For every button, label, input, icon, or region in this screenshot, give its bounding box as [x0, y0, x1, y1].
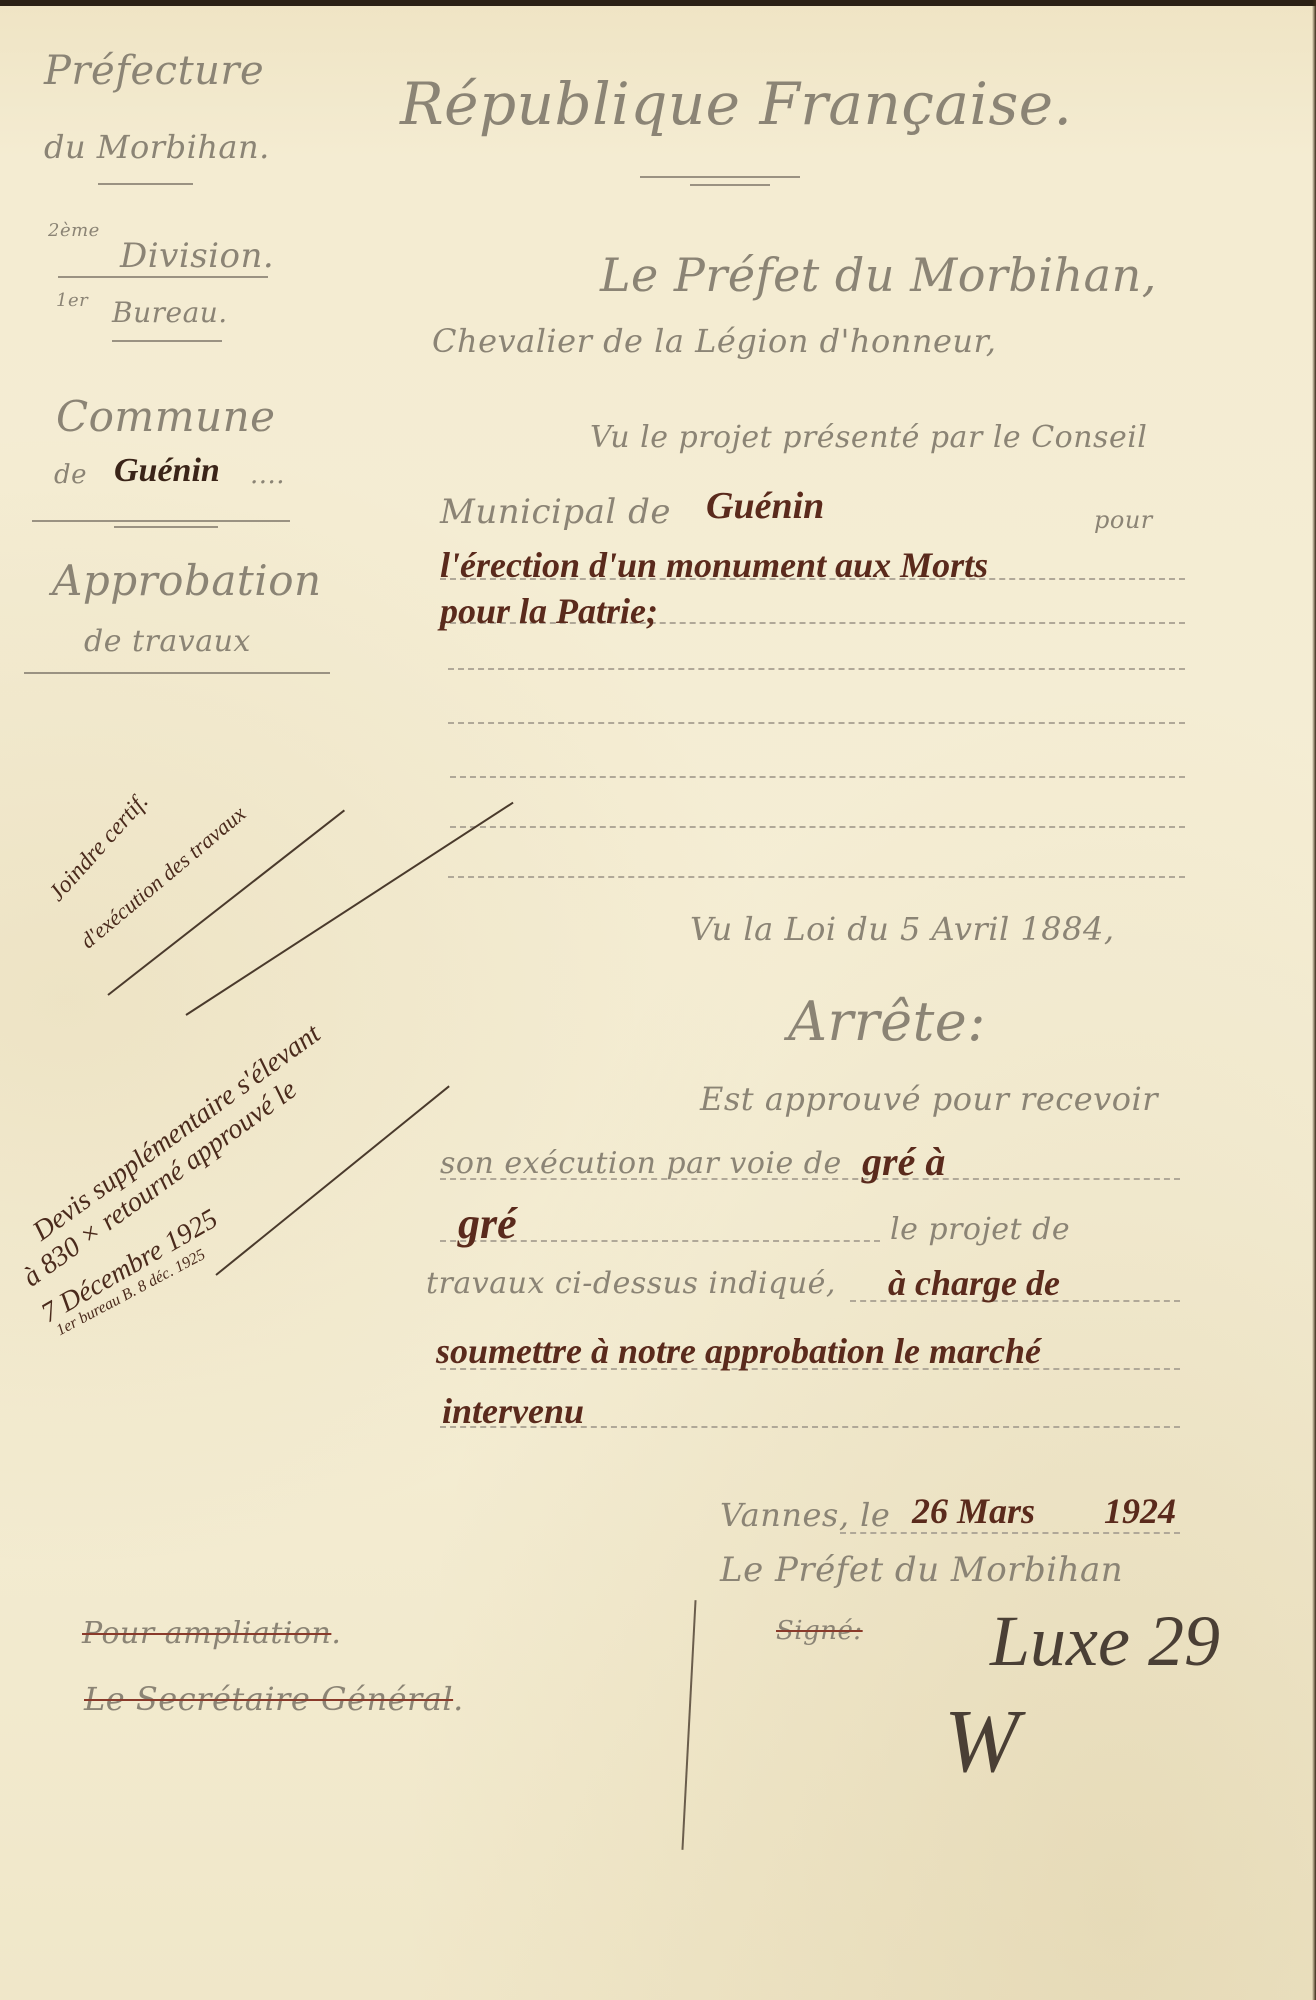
commune-dots: ....	[250, 460, 285, 490]
decision-line6-ink: intervenu	[442, 1390, 584, 1432]
subject-title: Approbation	[52, 556, 322, 605]
divider	[98, 183, 193, 185]
divider	[112, 340, 222, 342]
object-line2: pour la Patrie;	[440, 590, 658, 632]
decision-line4-ink: à charge de	[888, 1262, 1060, 1304]
municipal-prefix: Municipal de	[440, 492, 671, 532]
document-page: Préfecture du Morbihan. 2ème Division. 1…	[0, 0, 1316, 2000]
decision-line4-printed: travaux ci-dessus indiqué,	[426, 1266, 836, 1301]
title-underline	[690, 184, 770, 186]
year-value: 1924	[1104, 1490, 1176, 1532]
decision-line3-ink: gré	[458, 1198, 517, 1249]
division-number: 2ème	[48, 220, 100, 241]
note2-line1: Devis supplémentaire s'élevant	[27, 1018, 327, 1248]
divider	[32, 520, 290, 522]
signe-label-struck: Signé:	[776, 1616, 863, 1646]
scan-right-edge	[1312, 0, 1316, 2000]
ampliation-period: .	[331, 1616, 341, 1651]
place-date-prefix: Vannes, le	[720, 1496, 890, 1534]
signatory-title: Le Préfet du Morbihan	[720, 1550, 1123, 1590]
commune-prefix: de	[54, 460, 87, 490]
title-underline	[640, 176, 800, 178]
date-value: 26 Mars	[912, 1490, 1035, 1532]
scan-top-edge	[0, 0, 1316, 6]
bureau-number: 1er	[56, 290, 88, 311]
prefecture-line1: Préfecture	[44, 48, 264, 94]
fill-line	[448, 668, 1185, 670]
decision-line2-printed: son exécution par voie de	[440, 1146, 842, 1181]
decision-line2-ink: gré à	[862, 1138, 945, 1185]
commune-label: Commune	[56, 392, 276, 441]
fill-line	[840, 1532, 1180, 1534]
divider	[114, 526, 218, 528]
decision-line5-ink: soumettre à notre approbation le marché	[436, 1330, 1041, 1372]
fill-line	[450, 826, 1185, 828]
object-line1: l'érection d'un monument aux Morts	[440, 544, 988, 586]
vu-loi-line: Vu la Loi du 5 Avril 1884,	[690, 910, 1114, 948]
secretary-period: .	[453, 1680, 464, 1718]
fill-line	[448, 722, 1185, 724]
prefect-title: Le Préfet du Morbihan,	[600, 248, 1157, 302]
decision-line1: Est approuvé pour recevoir	[700, 1080, 1158, 1118]
prefect-honor: Chevalier de la Légion d'honneur,	[432, 322, 996, 360]
ampliation-struck: Pour ampliation	[82, 1616, 331, 1651]
fill-line	[448, 876, 1185, 878]
divider	[24, 672, 330, 674]
division-label: Division.	[120, 236, 274, 276]
ampliation-line: Pour ampliation.	[82, 1616, 341, 1651]
fill-line	[450, 776, 1185, 778]
prefecture-line2: du Morbihan.	[44, 128, 270, 166]
secretary-line: Le Secrétaire Général.	[84, 1680, 464, 1718]
vertical-pencil-stroke	[681, 1600, 696, 1850]
commune-name: Guénin	[114, 452, 220, 490]
decision-line3-printed: le projet de	[890, 1212, 1070, 1247]
bureau-label: Bureau.	[112, 296, 228, 329]
municipal-name: Guénin	[706, 484, 824, 528]
vu-projet-line: Vu le projet présenté par le Conseil	[590, 420, 1147, 455]
initials-mark: W	[944, 1690, 1019, 1793]
secretary-struck: Le Secrétaire Général	[84, 1680, 453, 1718]
prefect-signature: Luxe 29	[990, 1600, 1220, 1683]
page-title: République Française.	[400, 70, 1073, 138]
divider	[58, 276, 268, 278]
arrete-heading: Arrête:	[788, 990, 986, 1053]
pour-label: pour	[1094, 506, 1153, 534]
subject-subtitle: de travaux	[84, 624, 251, 659]
